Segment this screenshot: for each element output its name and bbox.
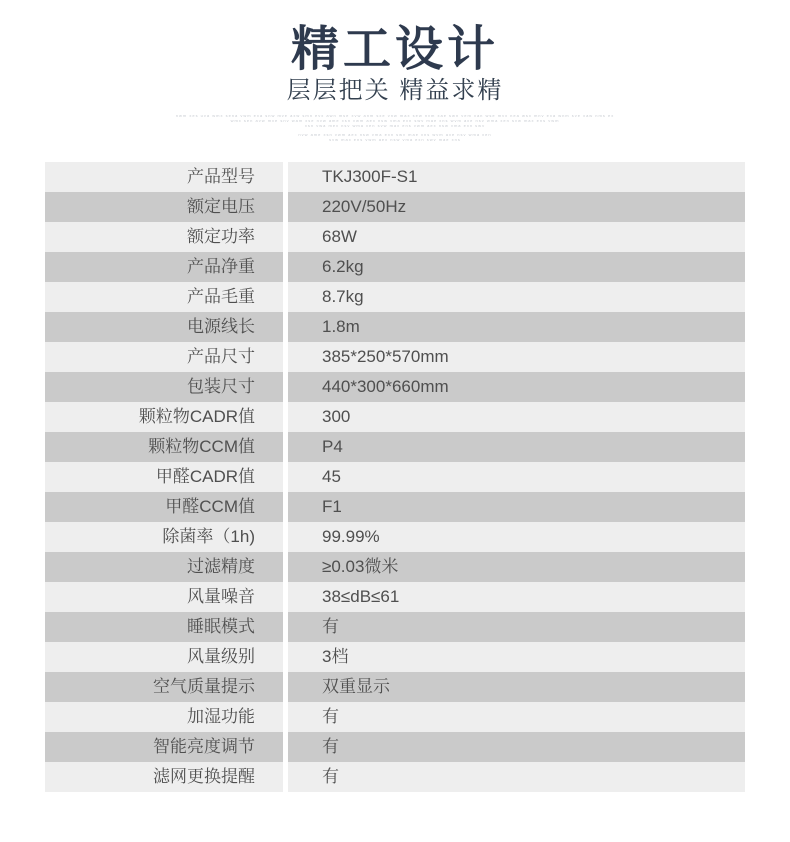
spec-label: 额定功率 [45, 222, 283, 252]
spec-value: 45 [288, 462, 745, 492]
watermark-line: xsn vwa mex nsv wma xen svw max ens vwm … [245, 123, 545, 128]
spec-row-power: 额定功率 68W [45, 222, 745, 252]
spec-row-particle-cadr: 颗粒物CADR值 300 [45, 402, 745, 432]
spec-row-smart-brightness: 智能亮度调节 有 [45, 732, 745, 762]
spec-label: 颗粒物CCM值 [45, 432, 283, 462]
spec-row-fan-levels: 风量级别 3档 [45, 642, 745, 672]
spec-row-formaldehyde-cadr: 甲醛CADR值 45 [45, 462, 745, 492]
spec-row-model: 产品型号 TKJ300F-S1 [45, 162, 745, 192]
spec-label: 滤网更换提醒 [45, 762, 283, 792]
spec-label: 产品型号 [45, 162, 283, 192]
watermark-line: svw max ens vwm aex nsw vma exn swv mae … [280, 137, 510, 142]
spec-value: 双重显示 [288, 672, 745, 702]
spec-label: 风量级别 [45, 642, 283, 672]
spec-label: 过滤精度 [45, 552, 283, 582]
watermark-block: nvw ame xsn vwm aex nsw vma exn swv mae … [175, 132, 615, 142]
spec-value: F1 [288, 492, 745, 522]
spec-label: 产品尺寸 [45, 342, 283, 372]
page-header: 精工设计 层层把关 精益求精 nwm xes uva wmx sena vwm … [0, 0, 790, 142]
spec-value: 99.99% [288, 522, 745, 552]
spec-row-filtration-precision: 过滤精度 ≥0.03微米 [45, 552, 745, 582]
spec-label: 加湿功能 [45, 702, 283, 732]
page-subtitle: 层层把关 精益求精 [0, 78, 790, 104]
spec-row-net-weight: 产品净重 6.2kg [45, 252, 745, 282]
spec-value: 300 [288, 402, 745, 432]
spec-label: 甲醛CADR值 [45, 462, 283, 492]
spec-row-gross-weight: 产品毛重 8.7kg [45, 282, 745, 312]
spec-label: 颗粒物CADR值 [45, 402, 283, 432]
spec-value: 8.7kg [288, 282, 745, 312]
spec-value: 3档 [288, 642, 745, 672]
spec-row-humidify: 加湿功能 有 [45, 702, 745, 732]
spec-value: 38≤dB≤61 [288, 582, 745, 612]
spec-value: ≥0.03微米 [288, 552, 745, 582]
spec-value: P4 [288, 432, 745, 462]
spec-label: 额定电压 [45, 192, 283, 222]
spec-label: 包装尺寸 [45, 372, 283, 402]
spec-label: 电源线长 [45, 312, 283, 342]
spec-label: 睡眠模式 [45, 612, 283, 642]
spec-row-noise: 风量噪音 38≤dB≤61 [45, 582, 745, 612]
spec-label: 风量噪音 [45, 582, 283, 612]
spec-value: 68W [288, 222, 745, 252]
spec-row-cord-length: 电源线长 1.8m [45, 312, 745, 342]
spec-value: 220V/50Hz [288, 192, 745, 222]
spec-value: 有 [288, 702, 745, 732]
spec-value: 6.2kg [288, 252, 745, 282]
spec-value: 有 [288, 762, 745, 792]
spec-label: 空气质量提示 [45, 672, 283, 702]
watermark-text: nwm xes uva wmx sena vwm exa snw mve axw… [175, 113, 615, 142]
spec-row-package-size: 包装尺寸 440*300*660mm [45, 372, 745, 402]
spec-row-particle-ccm: 颗粒物CCM值 P4 [45, 432, 745, 462]
spec-table: 产品型号 TKJ300F-S1 额定电压 220V/50Hz 额定功率 68W … [45, 162, 745, 792]
spec-row-filter-replacement-reminder: 滤网更换提醒 有 [45, 762, 745, 792]
spec-row-formaldehyde-ccm: 甲醛CCM值 F1 [45, 492, 745, 522]
spec-row-sleep-mode: 睡眠模式 有 [45, 612, 745, 642]
spec-row-sterilization-rate: 除菌率（1h) 99.99% [45, 522, 745, 552]
spec-label: 产品净重 [45, 252, 283, 282]
product-spec-page: 精工设计 层层把关 精益求精 nwm xes uva wmx sena vwm … [0, 0, 790, 842]
spec-label: 产品毛重 [45, 282, 283, 312]
spec-value: 有 [288, 612, 745, 642]
page-title: 精工设计 [0, 25, 790, 75]
spec-row-product-size: 产品尺寸 385*250*570mm [45, 342, 745, 372]
spec-row-voltage: 额定电压 220V/50Hz [45, 192, 745, 222]
spec-label: 除菌率（1h) [45, 522, 283, 552]
spec-value: 385*250*570mm [288, 342, 745, 372]
spec-value: 440*300*660mm [288, 372, 745, 402]
spec-label: 智能亮度调节 [45, 732, 283, 762]
spec-row-air-quality-indicator: 空气质量提示 双重显示 [45, 672, 745, 702]
spec-value: 1.8m [288, 312, 745, 342]
spec-value: TKJ300F-S1 [288, 162, 745, 192]
spec-label: 甲醛CCM值 [45, 492, 283, 522]
spec-value: 有 [288, 732, 745, 762]
